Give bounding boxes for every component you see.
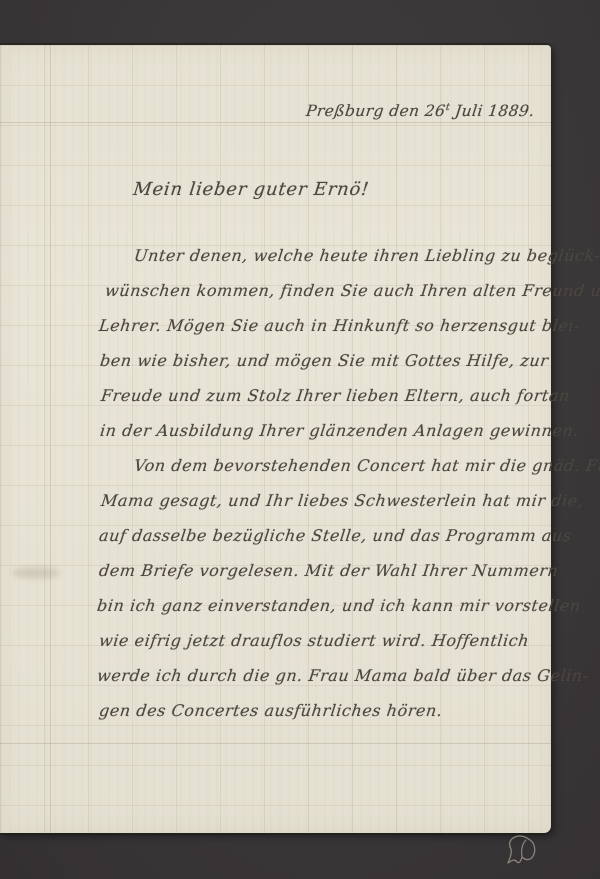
handwriting-line: auf dasselbe bezügliche Stelle, und das … bbox=[98, 526, 573, 545]
handwriting-line: in der Ausbildung Ihrer glänzenden Anlag… bbox=[99, 421, 580, 440]
handwriting-line: ben wie bisher, und mögen Sie mit Gottes… bbox=[99, 351, 550, 370]
date-line-suffix: Juli 1889. bbox=[449, 102, 536, 120]
handwriting-line: Lehrer. Mögen Sie auch in Hinkunft so he… bbox=[98, 316, 581, 335]
date-line: Preßburg den 26t Juli 1889. bbox=[305, 102, 536, 120]
paper-crease-top bbox=[0, 122, 551, 123]
handwriting-line: bin ich ganz einverstanden, und ich kann… bbox=[96, 596, 582, 615]
handwriting-line: werde ich durch die gn. Frau Mama bald ü… bbox=[96, 666, 590, 685]
handwriting-line: dem Briefe vorgelesen. Mit der Wahl Ihre… bbox=[98, 561, 560, 580]
date-line-prefix: Preßburg den 26 bbox=[305, 102, 446, 120]
handwriting-line: Unter denen, welche heute ihren Liebling… bbox=[133, 246, 600, 265]
grid-line-vertical bbox=[50, 45, 51, 833]
handwriting-line: Freude und zum Stolz Ihrer lieben Eltern… bbox=[100, 386, 571, 405]
paper-crease-bottom bbox=[0, 743, 551, 744]
scan-background: Preßburg den 26t Juli 1889. Mein lieber … bbox=[0, 0, 600, 879]
pencil-scribble-mark bbox=[502, 833, 540, 866]
handwriting-line: gen des Concertes ausführliches hören. bbox=[98, 701, 444, 720]
letter-page: Preßburg den 26t Juli 1889. Mein lieber … bbox=[0, 45, 551, 833]
salutation: Mein lieber guter Ernö! bbox=[132, 179, 371, 200]
handwriting-line: Mama gesagt, und Ihr liebes Schwesterlei… bbox=[100, 491, 585, 510]
handwriting-line: wünschen kommen, finden Sie auch Ihren a… bbox=[104, 281, 600, 300]
handwriting-line: wie eifrig jetzt drauflos studiert wird.… bbox=[98, 631, 530, 650]
handwriting-line: Von dem bevorstehenden Concert hat mir d… bbox=[133, 456, 600, 475]
paper-smudge bbox=[12, 567, 60, 579]
